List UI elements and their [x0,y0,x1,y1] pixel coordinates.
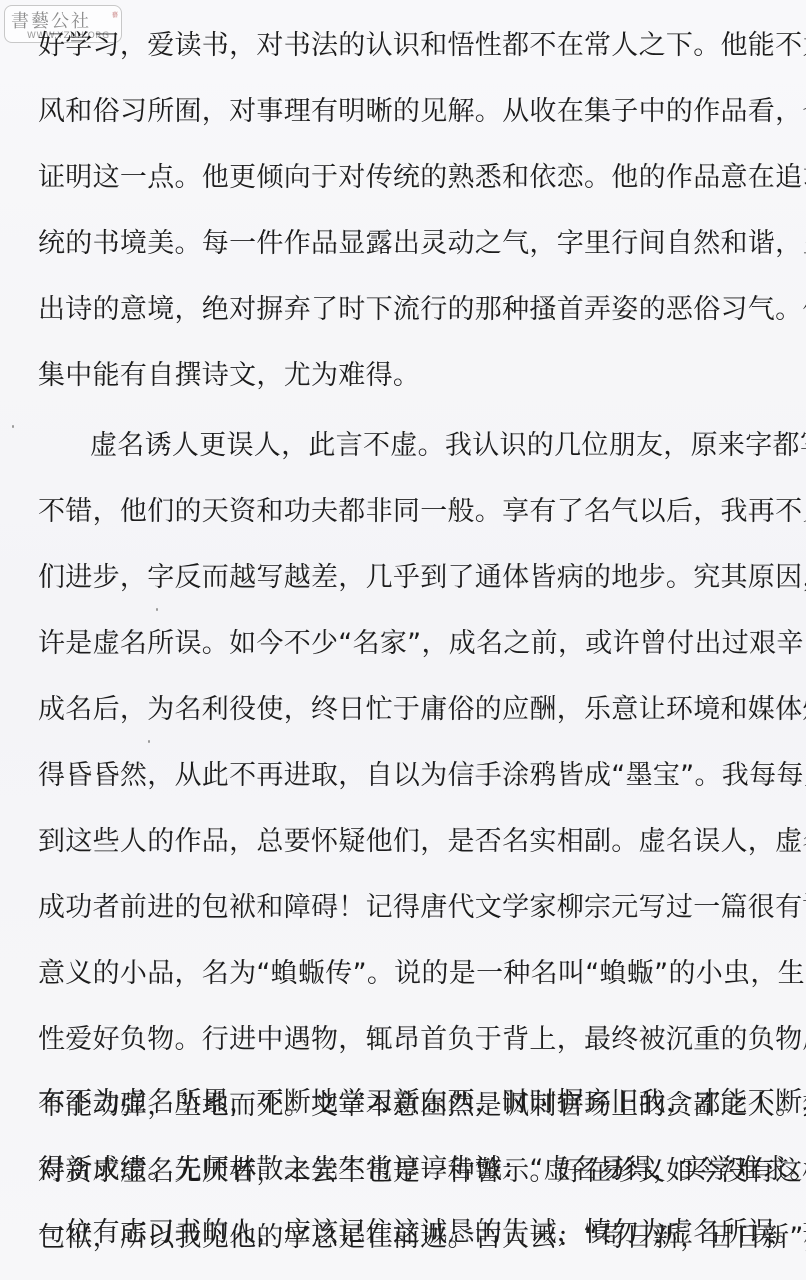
text-line-3: 证明这一点。他更倾向于对传统的熟悉和依恋。他的作品意在追求传 [38,158,806,198]
text-line-11: 成名后，为名利役使，终日忙于庸俗的应酬，乐意让环境和媒体炒作 [38,690,806,730]
text-line-5: 出诗的意境，绝对摒弃了时下流行的那种搔首弄姿的恶俗习气。作品 [38,290,806,330]
scan-speck [148,740,150,743]
text-line-2: 风和俗习所囿，对事理有明晰的见解。从收在集子中的作品看，也能 [38,92,806,132]
text-line-9: 们进步，字反而越写越差，几乎到了通体皆病的地步。究其原因，或 [38,558,806,598]
text-line-12: 得昏昏然，从此不再进取，自以为信手涂鸦皆成“墨宝”。我每每见 [38,756,806,796]
text-line-21: 得新成绩。先师林散之先生常谆谆告诫：“虚名易得，实学难求。”每 [38,1150,806,1190]
text-line-14: 成功者前进的包袱和障碍！记得唐代文学家柳宗元写过一篇很有讽喻 [38,888,806,928]
text-line-10: 许是虚名所误。如今不少“名家”，成名之前，或许曾付出过艰辛； [38,624,806,664]
text-line-16: 性爱好负物。行进中遇物，辄昂首负于背上，最终被沉重的负物压得 [38,1020,806,1060]
scan-speck [156,608,158,611]
text-line-6: 集中能有自撰诗文，尤为难得。 [38,356,420,396]
scanned-page: 書藝公社 藝 WWW.YZUH.ORG 好学习，爱读书，对书法的认识和悟性都不在… [0,0,806,1280]
text-line-1: 好学习，爱读书，对书法的认识和悟性都不在常人之下。他能不为时 [38,26,806,66]
text-line-20: 有不为虚名所累，不断地学习新东西，时时摒弃旧我，才能不断地取 [38,1083,806,1123]
scan-speck [12,425,14,428]
text-line-8: 不错，他们的天资和功夫都非同一般。享有了名气以后，我再不见他 [38,492,806,532]
text-line-22: 一位有志习书的人，应该记住这诚恳的告诫，慎勿为虚名所误。戒之， [38,1213,806,1253]
text-line-7-paragraph-start: 虚名诱人更误人，此言不虚。我认识的几位朋友，原来字都写得 [90,426,806,466]
text-line-13: 到这些人的作品，总要怀疑他们，是否名实相副。虚名误人，虚名是 [38,822,806,862]
text-line-4: 统的书境美。每一件作品显露出灵动之气，字里行间自然和谐，呈现 [38,224,806,264]
text-line-15: 意义的小品，名为“蝜蝂传”。说的是一种名叫“蝜蝂”的小虫，生 [38,954,805,994]
